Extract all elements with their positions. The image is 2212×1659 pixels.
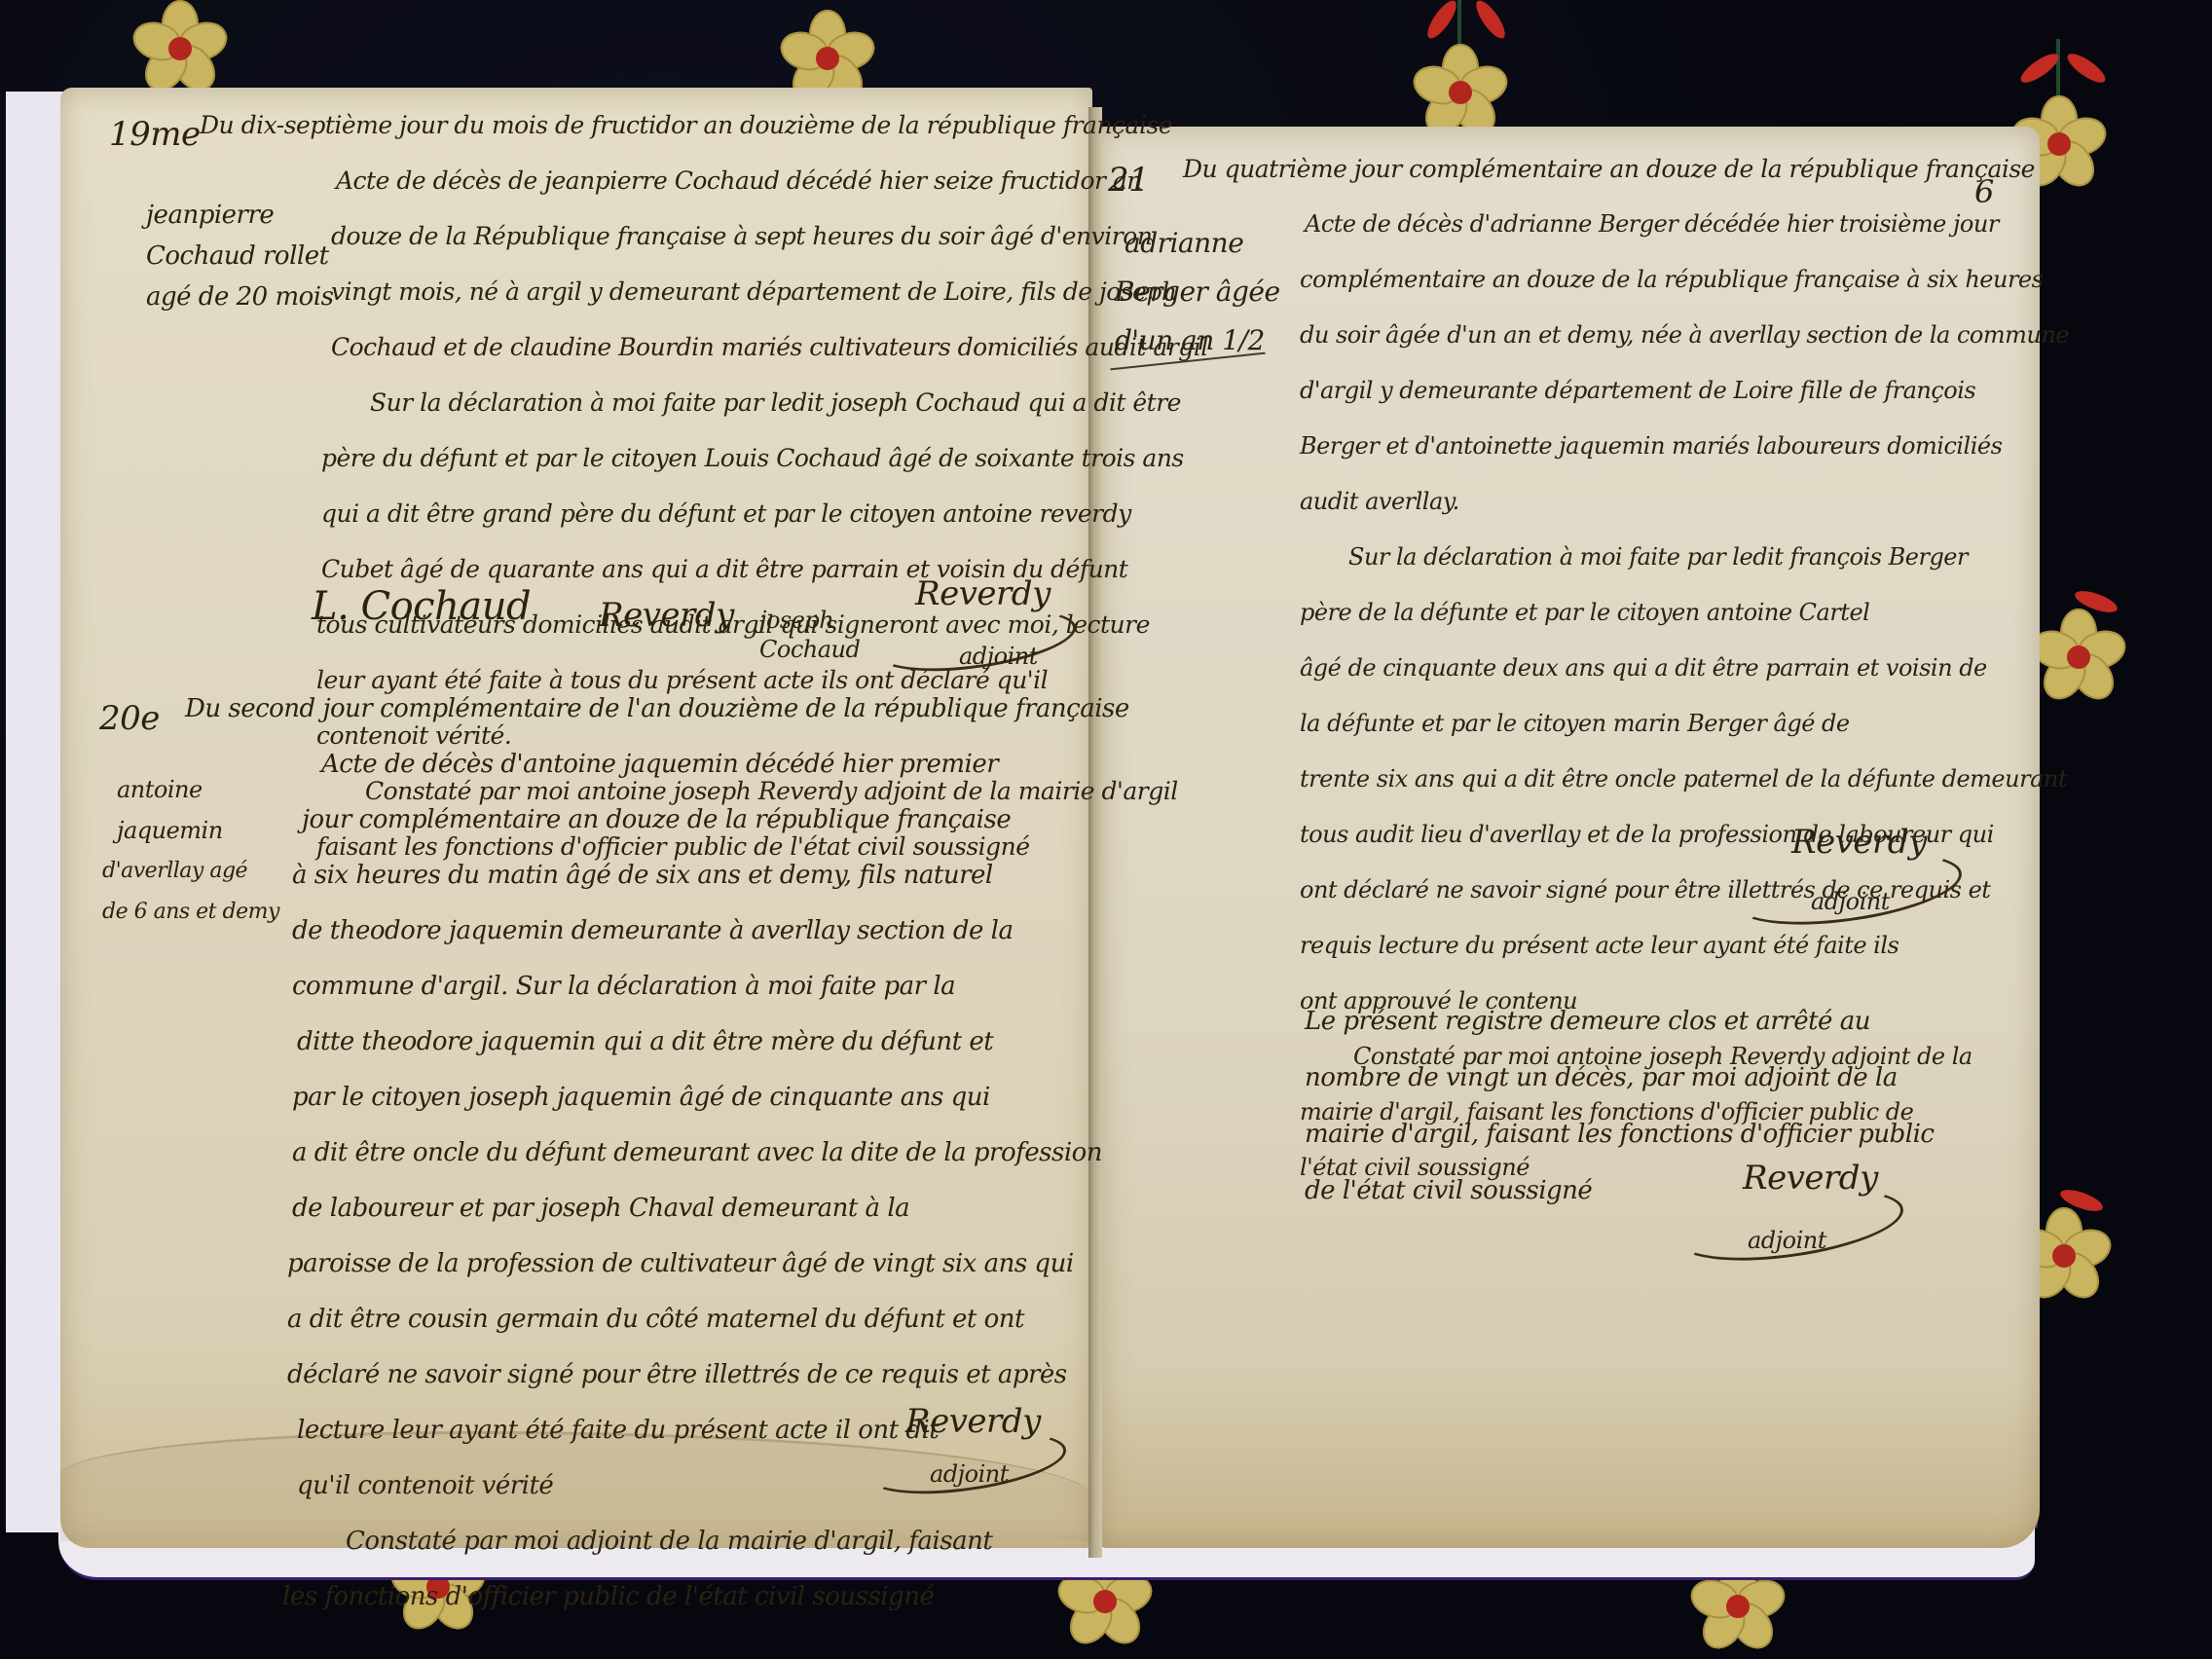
entry-line: à six heures du matin âgé de six ans et … <box>185 848 1100 903</box>
entry-line: requis lecture du présent acte leur ayan… <box>1183 918 2030 974</box>
entry-line: les fonctions d'officier public de l'éta… <box>185 1569 1100 1625</box>
entry-line: Sur la déclaration à moi faite par ledit… <box>1183 530 2030 585</box>
entry-line: a dit être cousin germain du côté matern… <box>185 1292 1100 1347</box>
entry-number-text: 19me <box>109 115 201 154</box>
entry-line: du soir âgée d'un an et demy, née à aver… <box>1183 308 2030 363</box>
entry-line: commune d'argil. Sur la déclaration à mo… <box>185 959 1100 1014</box>
signature: joseph Cochaud <box>759 606 886 664</box>
entry-line: qui a dit être grand père du défunt et p… <box>200 486 1095 541</box>
entry-line: père de la défunte et par le citoyen ant… <box>1183 585 2030 641</box>
entry-line: de theodore jaquemin demeurante à averll… <box>185 903 1100 959</box>
entry-line: âgé de cinquante deux ans qui a dit être… <box>1183 641 2030 696</box>
embroidered-flower-icon <box>131 0 229 97</box>
signature: Reverdy <box>599 596 734 635</box>
entry-line: jour complémentaire an douze de la répub… <box>185 793 1100 848</box>
closing-line: mairie d'argil, faisant les fonctions d'… <box>1305 1106 2035 1162</box>
flower-stem-icon <box>2056 39 2060 97</box>
entry-line: trente six ans qui a dit être oncle pate… <box>1183 752 2030 807</box>
entry-line: complémentaire an douze de la république… <box>1183 252 2030 308</box>
adjoint-label: adjoint <box>1811 888 1890 915</box>
entry-number: 19me <box>109 115 201 154</box>
entry-number: 21 <box>1108 161 1149 200</box>
closing-line: de l'état civil soussigné <box>1305 1162 2035 1219</box>
signature: L. Cochaud <box>312 584 531 629</box>
adjoint-label: adjoint <box>959 643 1038 670</box>
entry-line: par le citoyen joseph jaquemin âgé de ci… <box>185 1070 1100 1125</box>
entry-line: de laboureur et par joseph Chaval demeur… <box>185 1181 1100 1236</box>
entry-line: Acte de décès d'adrianne Berger décédée … <box>1183 197 2030 252</box>
entry-line: Constaté par moi adjoint de la mairie d'… <box>185 1514 1100 1569</box>
signature: Reverdy <box>915 574 1051 613</box>
closing-line: nombre de vingt un décès, par moi adjoin… <box>1305 1050 2035 1106</box>
adjoint-label: adjoint <box>1748 1227 1826 1254</box>
entry-heading: Du quatrième jour complémentaire an douz… <box>1183 141 2030 197</box>
entry-number: 20e <box>99 699 160 738</box>
entry-line: Berger et d'antoinette jaquemin mariés l… <box>1183 419 2030 474</box>
entry-line: ditte theodore jaquemin qui a dit être m… <box>185 1014 1100 1070</box>
entry-line: la défunte et par le citoyen marin Berge… <box>1183 696 2030 752</box>
entry-line: d'argil y demeurante département de Loir… <box>1183 363 2030 419</box>
embroidered-flower-icon <box>2030 608 2127 706</box>
entry-line: Cochaud et de claudine Bourdin mariés cu… <box>200 319 1095 375</box>
entry-line: Sur la déclaration à moi faite par ledit… <box>200 375 1095 430</box>
entry-number-text: 21 <box>1108 161 1149 200</box>
entry-line: père du défunt et par le citoyen Louis C… <box>200 430 1095 486</box>
entry-line: vingt mois, né à argil y demeurant dépar… <box>200 264 1095 319</box>
entry-line: Acte de décès de jeanpierre Cochaud décé… <box>200 153 1095 208</box>
register-closing-statement: Le présent registre demeure clos et arrê… <box>1305 993 2035 1219</box>
entry-line: audit averllay. <box>1183 474 2030 530</box>
entry-heading: Du dix-septième jour du mois de fructido… <box>200 97 1095 153</box>
entry-line: Acte de décès d'antoine jaquemin décédé … <box>185 737 1100 793</box>
entry-number-text: 20e <box>99 699 160 738</box>
entry-heading: Du second jour complémentaire de l'an do… <box>185 682 1100 737</box>
entry-line: douze de la République française à sept … <box>200 208 1095 264</box>
entry-line: déclaré ne savoir signé pour être illett… <box>185 1347 1100 1403</box>
adjoint-label: adjoint <box>930 1460 1009 1488</box>
closing-line: Le présent registre demeure clos et arrê… <box>1305 993 2035 1050</box>
entry-line: a dit être oncle du défunt demeurant ave… <box>185 1125 1100 1181</box>
entry-line: paroisse de la profession de cultivateur… <box>185 1236 1100 1292</box>
